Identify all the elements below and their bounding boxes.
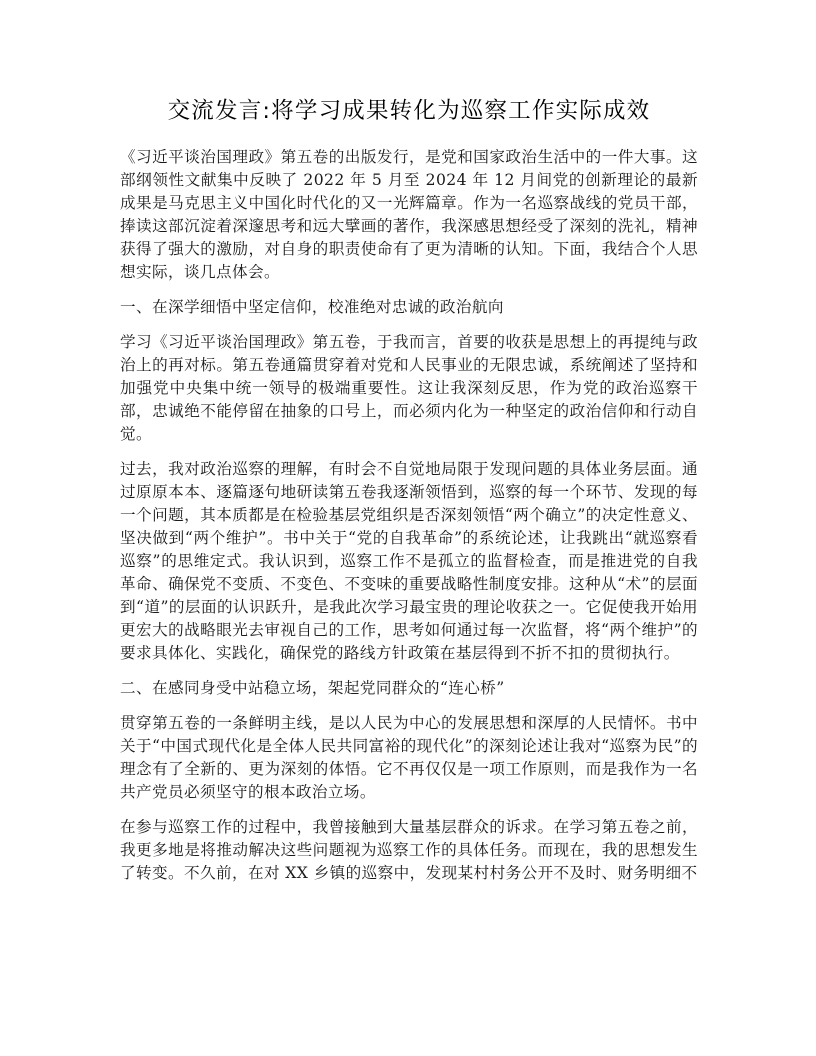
document-body: 《习近平谈治国理政》第五卷的出版发行，是党和国家政治生活中的一件大事。这部纲领性… (120, 146, 698, 897)
section-2-paragraph-1: 贯穿第五卷的一条鲜明主线，是以人民为中心的发展思想和深厚的人民情怀。书中关于“中… (120, 712, 698, 804)
document-title: 交流发言:将学习成果转化为巡察工作实际成效 (120, 96, 698, 126)
section-2-paragraph-2: 在参与巡察工作的过程中，我曾接触到大量基层群众的诉求。在学习第五卷之前，我更多地… (120, 816, 698, 885)
section-heading-2: 二、在感同身受中站稳立场，架起党同群众的“连心桥” (120, 677, 698, 700)
section-1-paragraph-2: 过去，我对政治巡察的理解，有时会不自觉地局限于发现问题的具体业务层面。通过原原本… (120, 458, 698, 665)
intro-paragraph: 《习近平谈治国理政》第五卷的出版发行，是党和国家政治生活中的一件大事。这部纲领性… (120, 146, 698, 284)
section-1-paragraph-1: 学习《习近平谈治国理政》第五卷，于我而言，首要的收获是思想上的再提纯与政治上的再… (120, 331, 698, 446)
section-heading-1: 一、在深学细悟中坚定信仰，校准绝对忠诚的政治航向 (120, 296, 698, 319)
